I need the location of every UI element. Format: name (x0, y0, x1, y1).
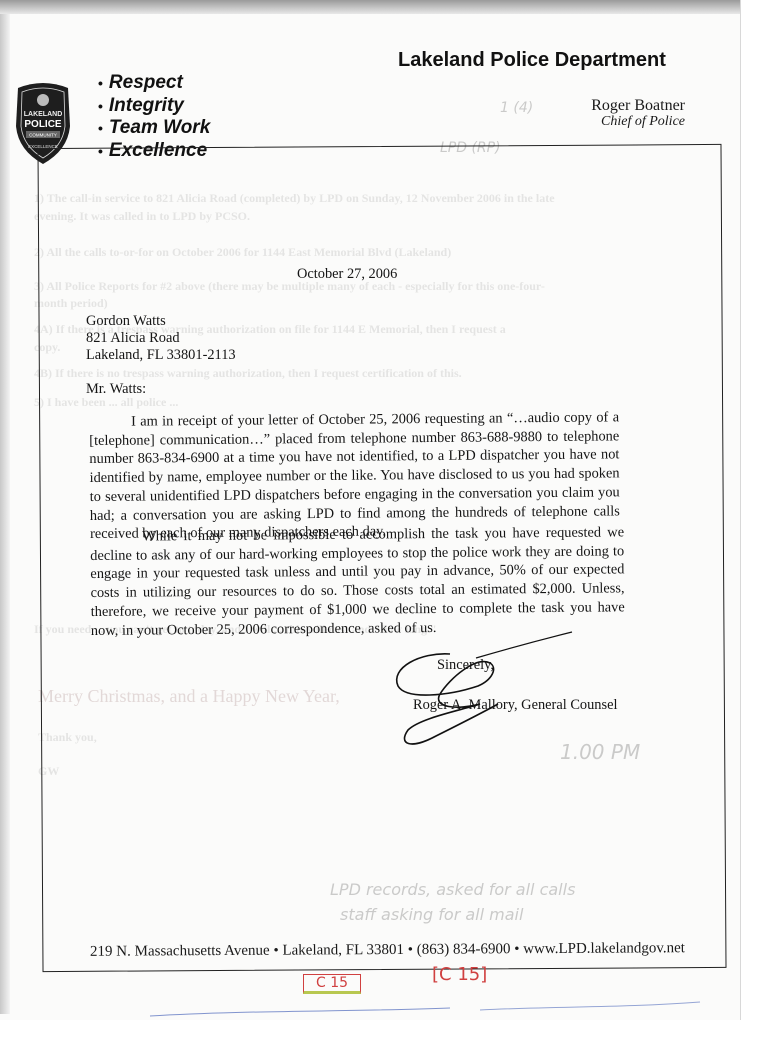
letter-date: October 27, 2006 (297, 266, 397, 283)
handwriting-bleed: 1 (4) (500, 100, 533, 116)
scan-left-edge (0, 14, 10, 1014)
core-value: Respect (98, 72, 210, 95)
salutation: Mr. Watts: (86, 381, 146, 398)
signature (380, 618, 580, 758)
scan-top-edge (0, 0, 740, 14)
svg-text:POLICE: POLICE (24, 119, 62, 130)
footer-address: 219 N. Massachusetts Avenue • Lakeland, … (90, 940, 685, 961)
svg-text:LAKELAND: LAKELAND (24, 111, 63, 118)
recipient-name: Gordon Watts (86, 313, 166, 330)
core-value: Integrity (98, 95, 210, 118)
signatory: Roger A. Mallory, General Counsel (413, 697, 618, 714)
chief-name: Roger Boatner (591, 97, 685, 115)
recipient-city: Lakeland, FL 33801-2113 (86, 347, 236, 364)
core-value: Team Work (98, 117, 210, 140)
scan-bottom-artifacts (0, 990, 740, 1020)
svg-text:COMMUNITY: COMMUNITY (29, 133, 57, 138)
chief-title: Chief of Police (601, 114, 685, 130)
recipient-street: 821 Alicia Road (86, 330, 180, 347)
department-name: Lakeland Police Department (398, 49, 666, 72)
stamp-c15-bracketed: [C 15] (432, 964, 487, 985)
